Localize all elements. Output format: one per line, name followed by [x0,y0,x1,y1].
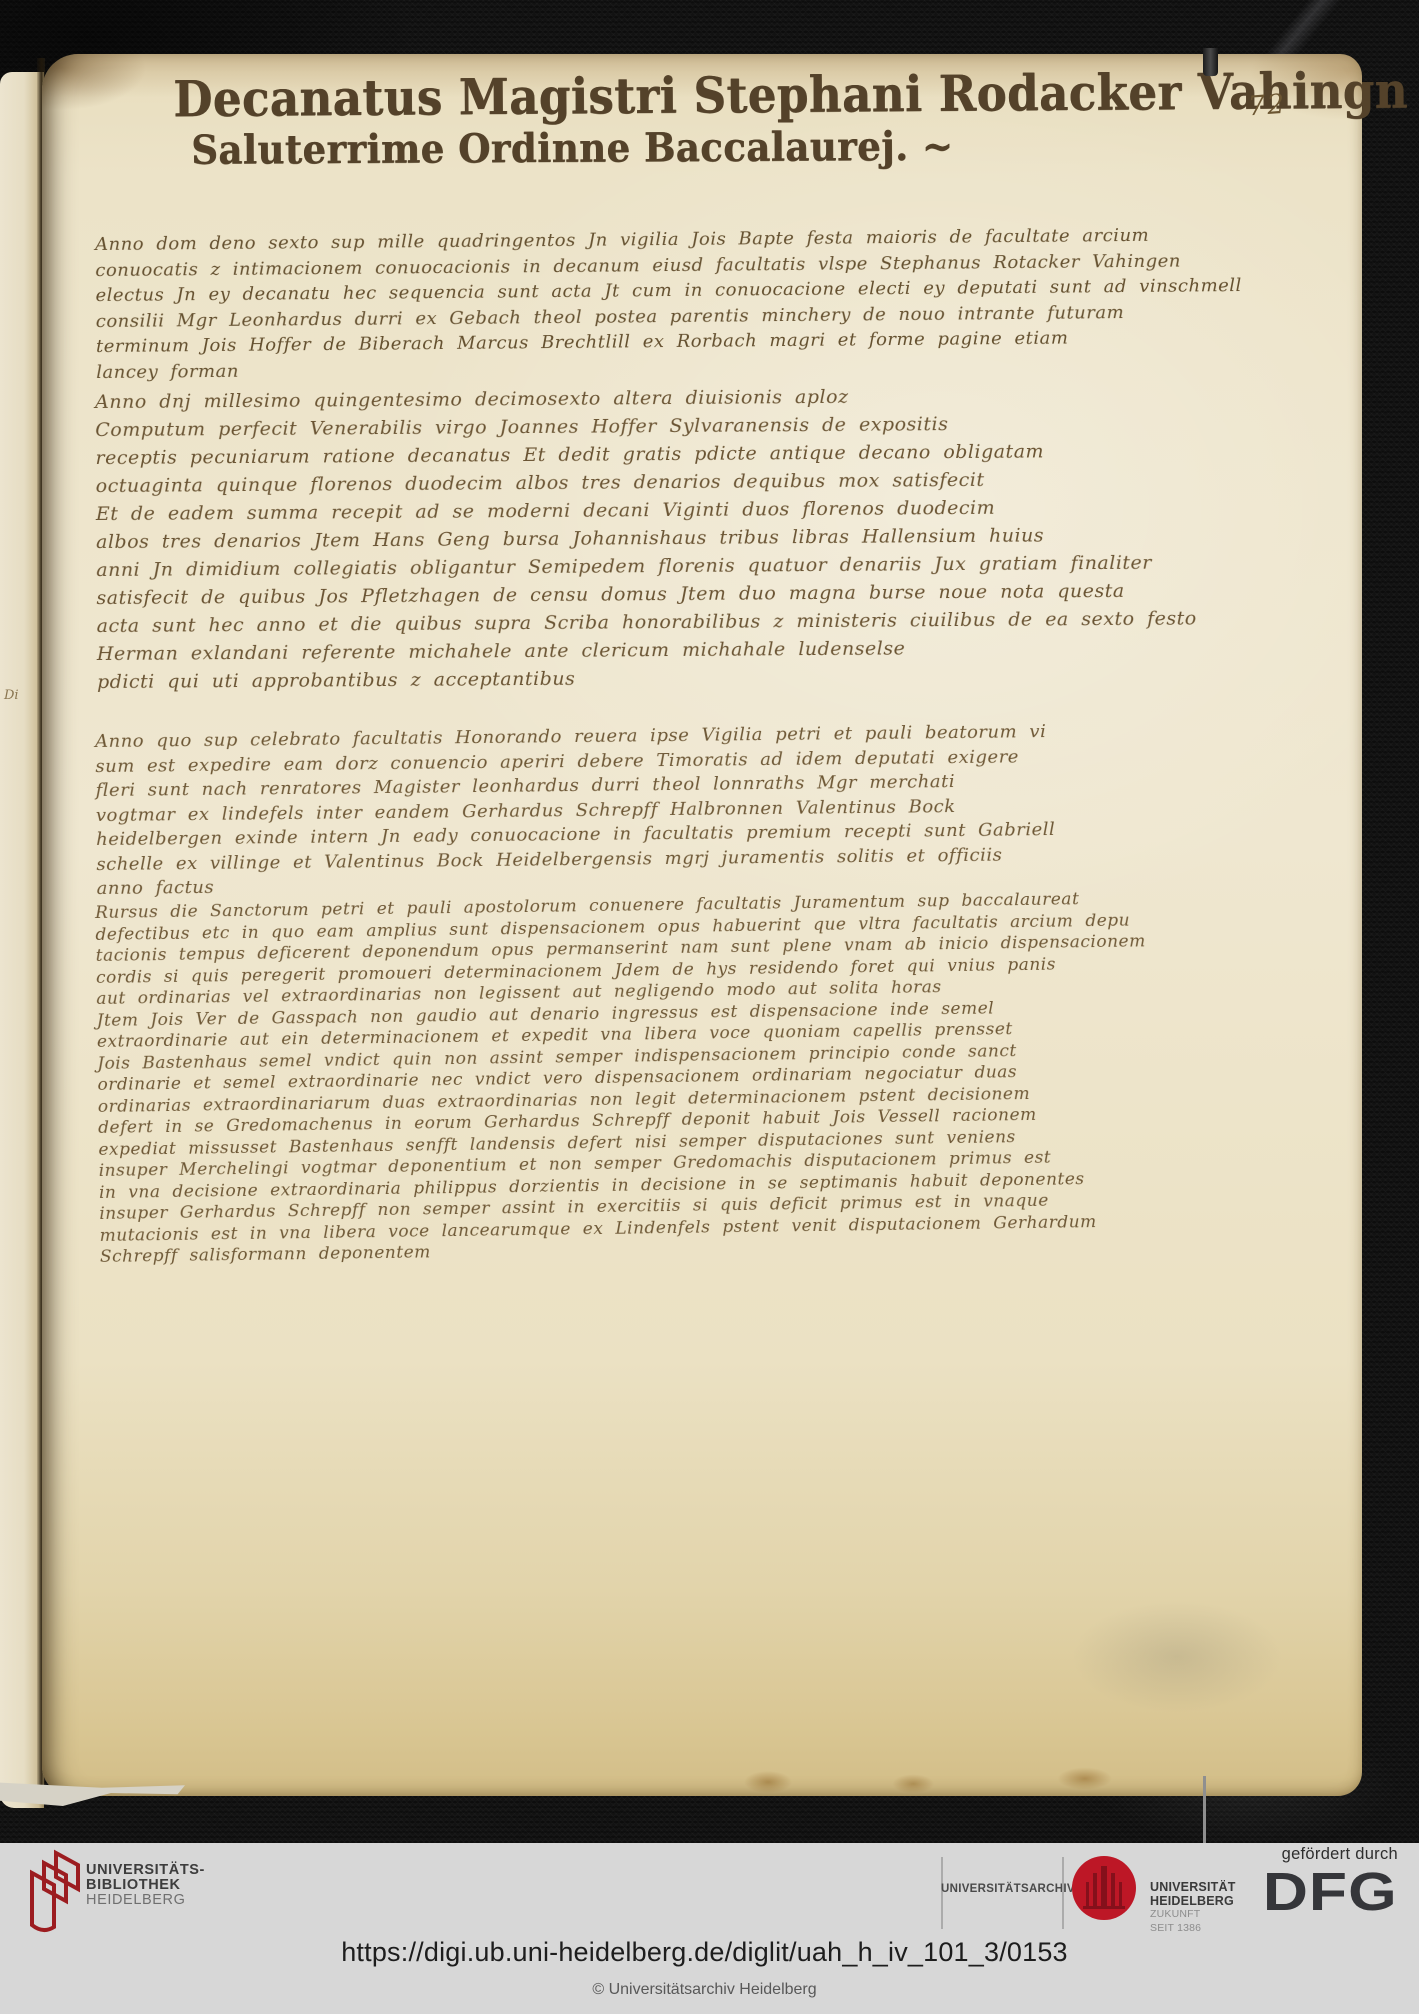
margin-note: Di [4,688,19,703]
scan-background-fabric: Decanatus Magistri Stephani Rodacker Vah… [0,0,1419,1843]
manuscript-paragraph: Anno dom deno sexto sup mille quadringen… [95,222,1243,385]
page-holder-clip [1203,48,1218,76]
uni-line1: UNIVERSITÄT [1150,1881,1236,1895]
uni-line2: HEIDELBERG [1150,1895,1236,1909]
ub-line3: HEIDELBERG [86,1893,205,1908]
dfg-logo-block: gefördert durch DFG [1268,1845,1398,1924]
manuscript-page: Decanatus Magistri Stephani Rodacker Vah… [42,54,1362,1796]
uni-heidelberg-wordmark: UNIVERSITÄT HEIDELBERG ZUKUNFT SEIT 1386 [1150,1881,1236,1935]
manuscript-paragraph: Anno quo sup celebrato facultatis Honora… [95,720,1056,902]
uni-line3: ZUKUNFT [1150,1908,1236,1922]
manuscript-paragraph: Rursus die Sanctorum petri et pauli apos… [95,888,1150,1268]
scan-reference-mark [1203,1776,1206,1843]
ub-heidelberg-book-icon [26,1849,84,1942]
footer-divider-right [1062,1857,1064,1929]
footer-banner: UNIVERSITÄTS- BIBLIOTHEK HEIDELBERG UNIV… [0,1843,1419,2014]
ub-line1: UNIVERSITÄTS- [86,1863,205,1878]
dfg-logo: DFG [1263,1866,1398,1918]
uni-line4: SEIT 1386 [1150,1922,1236,1936]
manuscript-title-line1: Decanatus Magistri Stephani Rodacker Vah… [173,61,1408,128]
manuscript-paragraph: Anno dnj millesimo quingentesimo decimos… [95,380,1197,696]
copyright-notice: © Universitätsarchiv Heidelberg [0,1981,1409,1999]
permalink-url: https://digi.ub.uni-heidelberg.de/diglit… [0,1937,1409,1968]
folio-number: 72 [1247,89,1287,123]
manuscript-title-line2: Saluterrime Ordinne Baccalaurej. ~ [191,122,953,174]
heidelberg-seal-icon [1072,1856,1136,1925]
ub-line2: BIBLIOTHEK [86,1878,205,1893]
university-archive-label: UNIVERSITÄTSARCHIV [941,1883,1063,1895]
ub-heidelberg-wordmark: UNIVERSITÄTS- BIBLIOTHEK HEIDELBERG [86,1863,205,1908]
